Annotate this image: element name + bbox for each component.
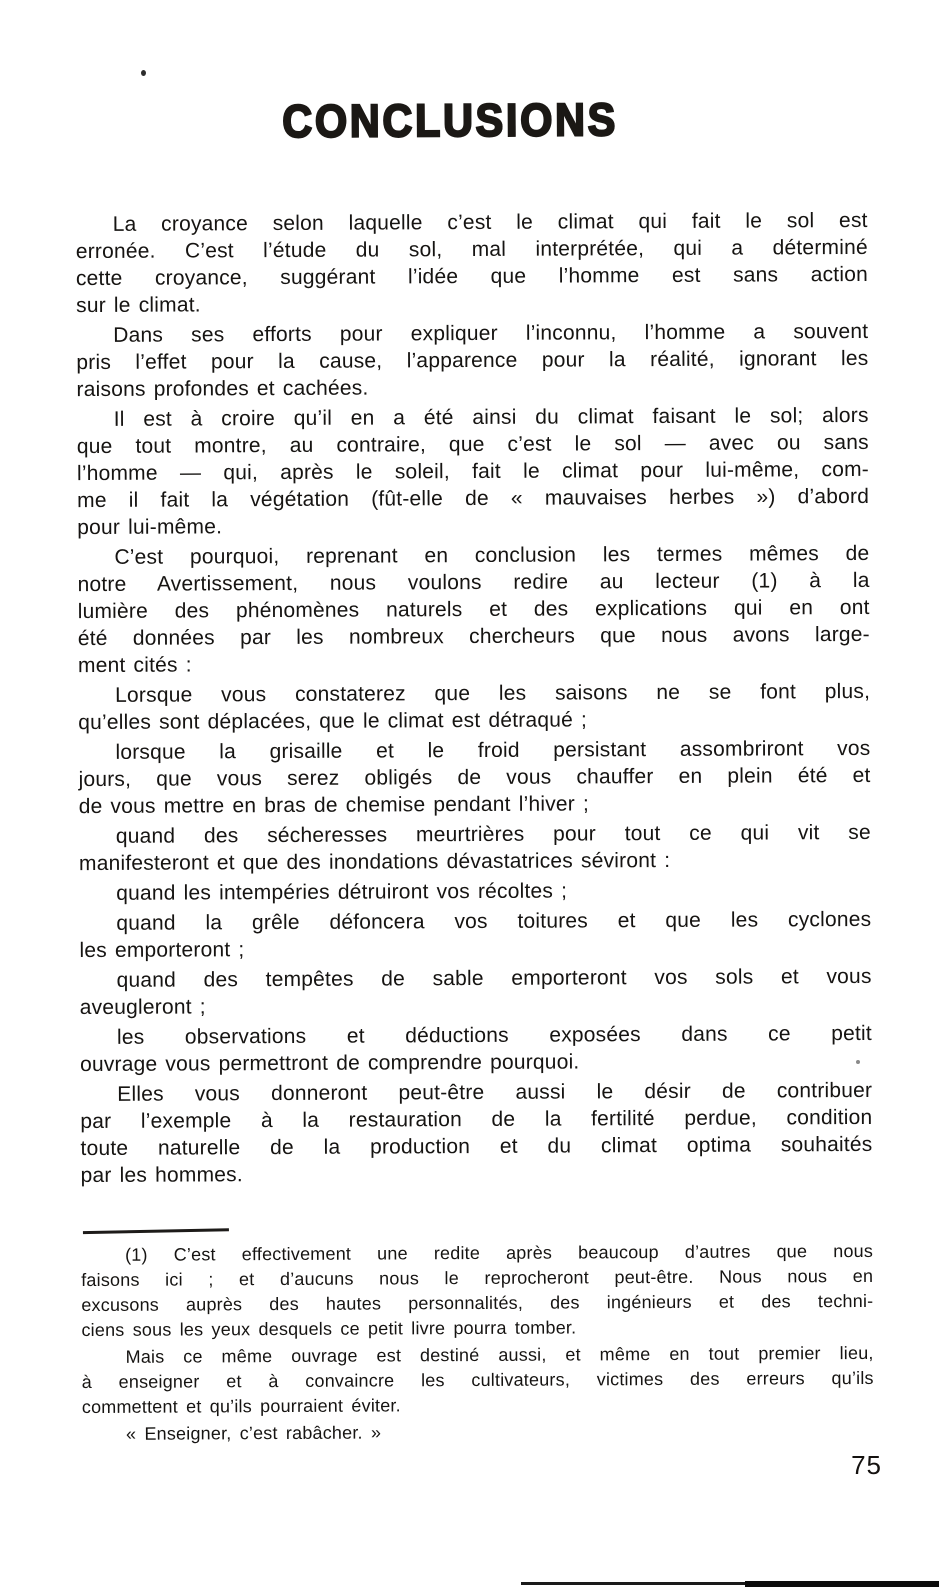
text-line: ouvrage vous permettront de comprendre p… [80,1047,872,1078]
book-page: CONCLUSIONS La croyance selon laquelle c… [0,0,939,1587]
text-line: de vous mettre en bras de chemise pendan… [79,789,871,820]
paragraph: Il est à croire qu’il en a été ainsi du … [77,402,870,541]
text-line: Il est à croire qu’il en a été ainsi du … [77,402,869,433]
text-line: pour lui-même. [77,510,869,541]
text-line: quand les intempéries détruiront vos réc… [79,876,871,907]
text-line: l’homme — qui, après le soleil, fait le … [77,456,869,487]
text-line: Lorsque vous constaterez que les saisons… [78,678,870,709]
page-content: CONCLUSIONS La croyance selon laquelle c… [75,95,874,1449]
text-line: Dans ses efforts pour expliquer l’inconn… [76,318,868,349]
paragraph: lorsque la grisaille et le froid persist… [78,735,870,820]
paragraph: Lorsque vous constaterez que les saisons… [78,678,870,736]
text-line: jours, que vous serez obligés de vous ch… [78,762,870,793]
text-line: les emporteront ; [79,933,871,964]
footnote-rule [83,1228,229,1234]
paragraph: Mais ce même ouvrage est destiné aussi, … [82,1341,874,1420]
text-line: « Enseigner, c’est rabâcher. » [82,1418,874,1447]
text-line: aveugleront ; [80,990,872,1021]
paragraph: Elles vous donneront peut-être aussi le … [80,1077,873,1189]
text-line: La croyance selon laquelle c’est le clim… [76,207,868,238]
text-line: Elles vous donneront peut-être aussi le … [80,1077,872,1108]
text-line: me il fait la végétation (fût-elle de « … [77,483,869,514]
scan-artifact-bar [745,1581,939,1587]
paragraph: les observations et déductions exposées … [80,1020,872,1078]
text-line: lumière des phénomènes naturels et des e… [78,594,870,625]
text-line: par les hommes. [81,1158,873,1189]
text-line: sur le climat. [76,288,868,319]
text-line: commettent et qu’ils pourraient éviter. [82,1391,874,1420]
text-line: excusons auprès des hautes personnalités… [81,1289,873,1318]
footnote: (1) C’est effectivement une redite après… [81,1239,874,1447]
text-line: quand des tempêtes de sable emporteront … [80,963,872,994]
paragraph: quand la grêle défoncera vos toitures et… [79,906,871,964]
text-line: pris l’effet pour la cause, l’apparence … [76,345,868,376]
paragraph: quand des tempêtes de sable emporteront … [80,963,872,1021]
ink-speck [141,70,146,76]
text-line: manifesteront et que des inondations dév… [79,846,871,877]
text-line: les observations et déductions exposées … [80,1020,872,1051]
text-line: à enseigner et à convaincre les cultivat… [82,1366,874,1395]
paragraph: La croyance selon laquelle c’est le clim… [76,207,869,319]
text-line: cette croyance, suggérant l’idée que l’h… [76,261,868,292]
text-line: notre Avertissement, nous voulons redire… [77,567,869,598]
text-line: toute naturelle de la production et du c… [80,1131,872,1162]
page-title: CONCLUSIONS [94,95,807,145]
paragraph: Dans ses efforts pour expliquer l’inconn… [76,318,868,403]
text-line: C’est pourquoi, reprenant en conclusion … [77,540,869,571]
paragraph: C’est pourquoi, reprenant en conclusion … [77,540,870,679]
text-line: quand la grêle défoncera vos toitures et… [79,906,871,937]
text-line: lorsque la grisaille et le froid persist… [78,735,870,766]
text-line: par l’exemple à la restauration de la fe… [80,1104,872,1135]
paragraph: quand des sécheresses meurtrières pour t… [79,819,871,877]
paragraph: (1) C’est effectivement une redite après… [81,1239,874,1343]
text-line: ciens sous les yeux desquels ce petit li… [81,1314,873,1343]
paragraph: « Enseigner, c’est rabâcher. » [82,1418,874,1447]
text-line: erronée. C’est l’étude du sol, mal inter… [76,234,868,265]
body-text: La croyance selon laquelle c’est le clim… [76,207,873,1189]
page-number: 75 [851,1450,882,1481]
paragraph: quand les intempéries détruiront vos réc… [79,876,871,907]
text-line: ment cités : [78,648,870,679]
text-line: qu’elles sont déplacées, que le climat e… [78,705,870,736]
text-line: quand des sécheresses meurtrières pour t… [79,819,871,850]
text-line: que tout montre, au contraire, que c’est… [77,429,869,460]
text-line: raisons profondes et cachées. [76,372,868,403]
text-line: été données par les nombreux chercheurs … [78,621,870,652]
